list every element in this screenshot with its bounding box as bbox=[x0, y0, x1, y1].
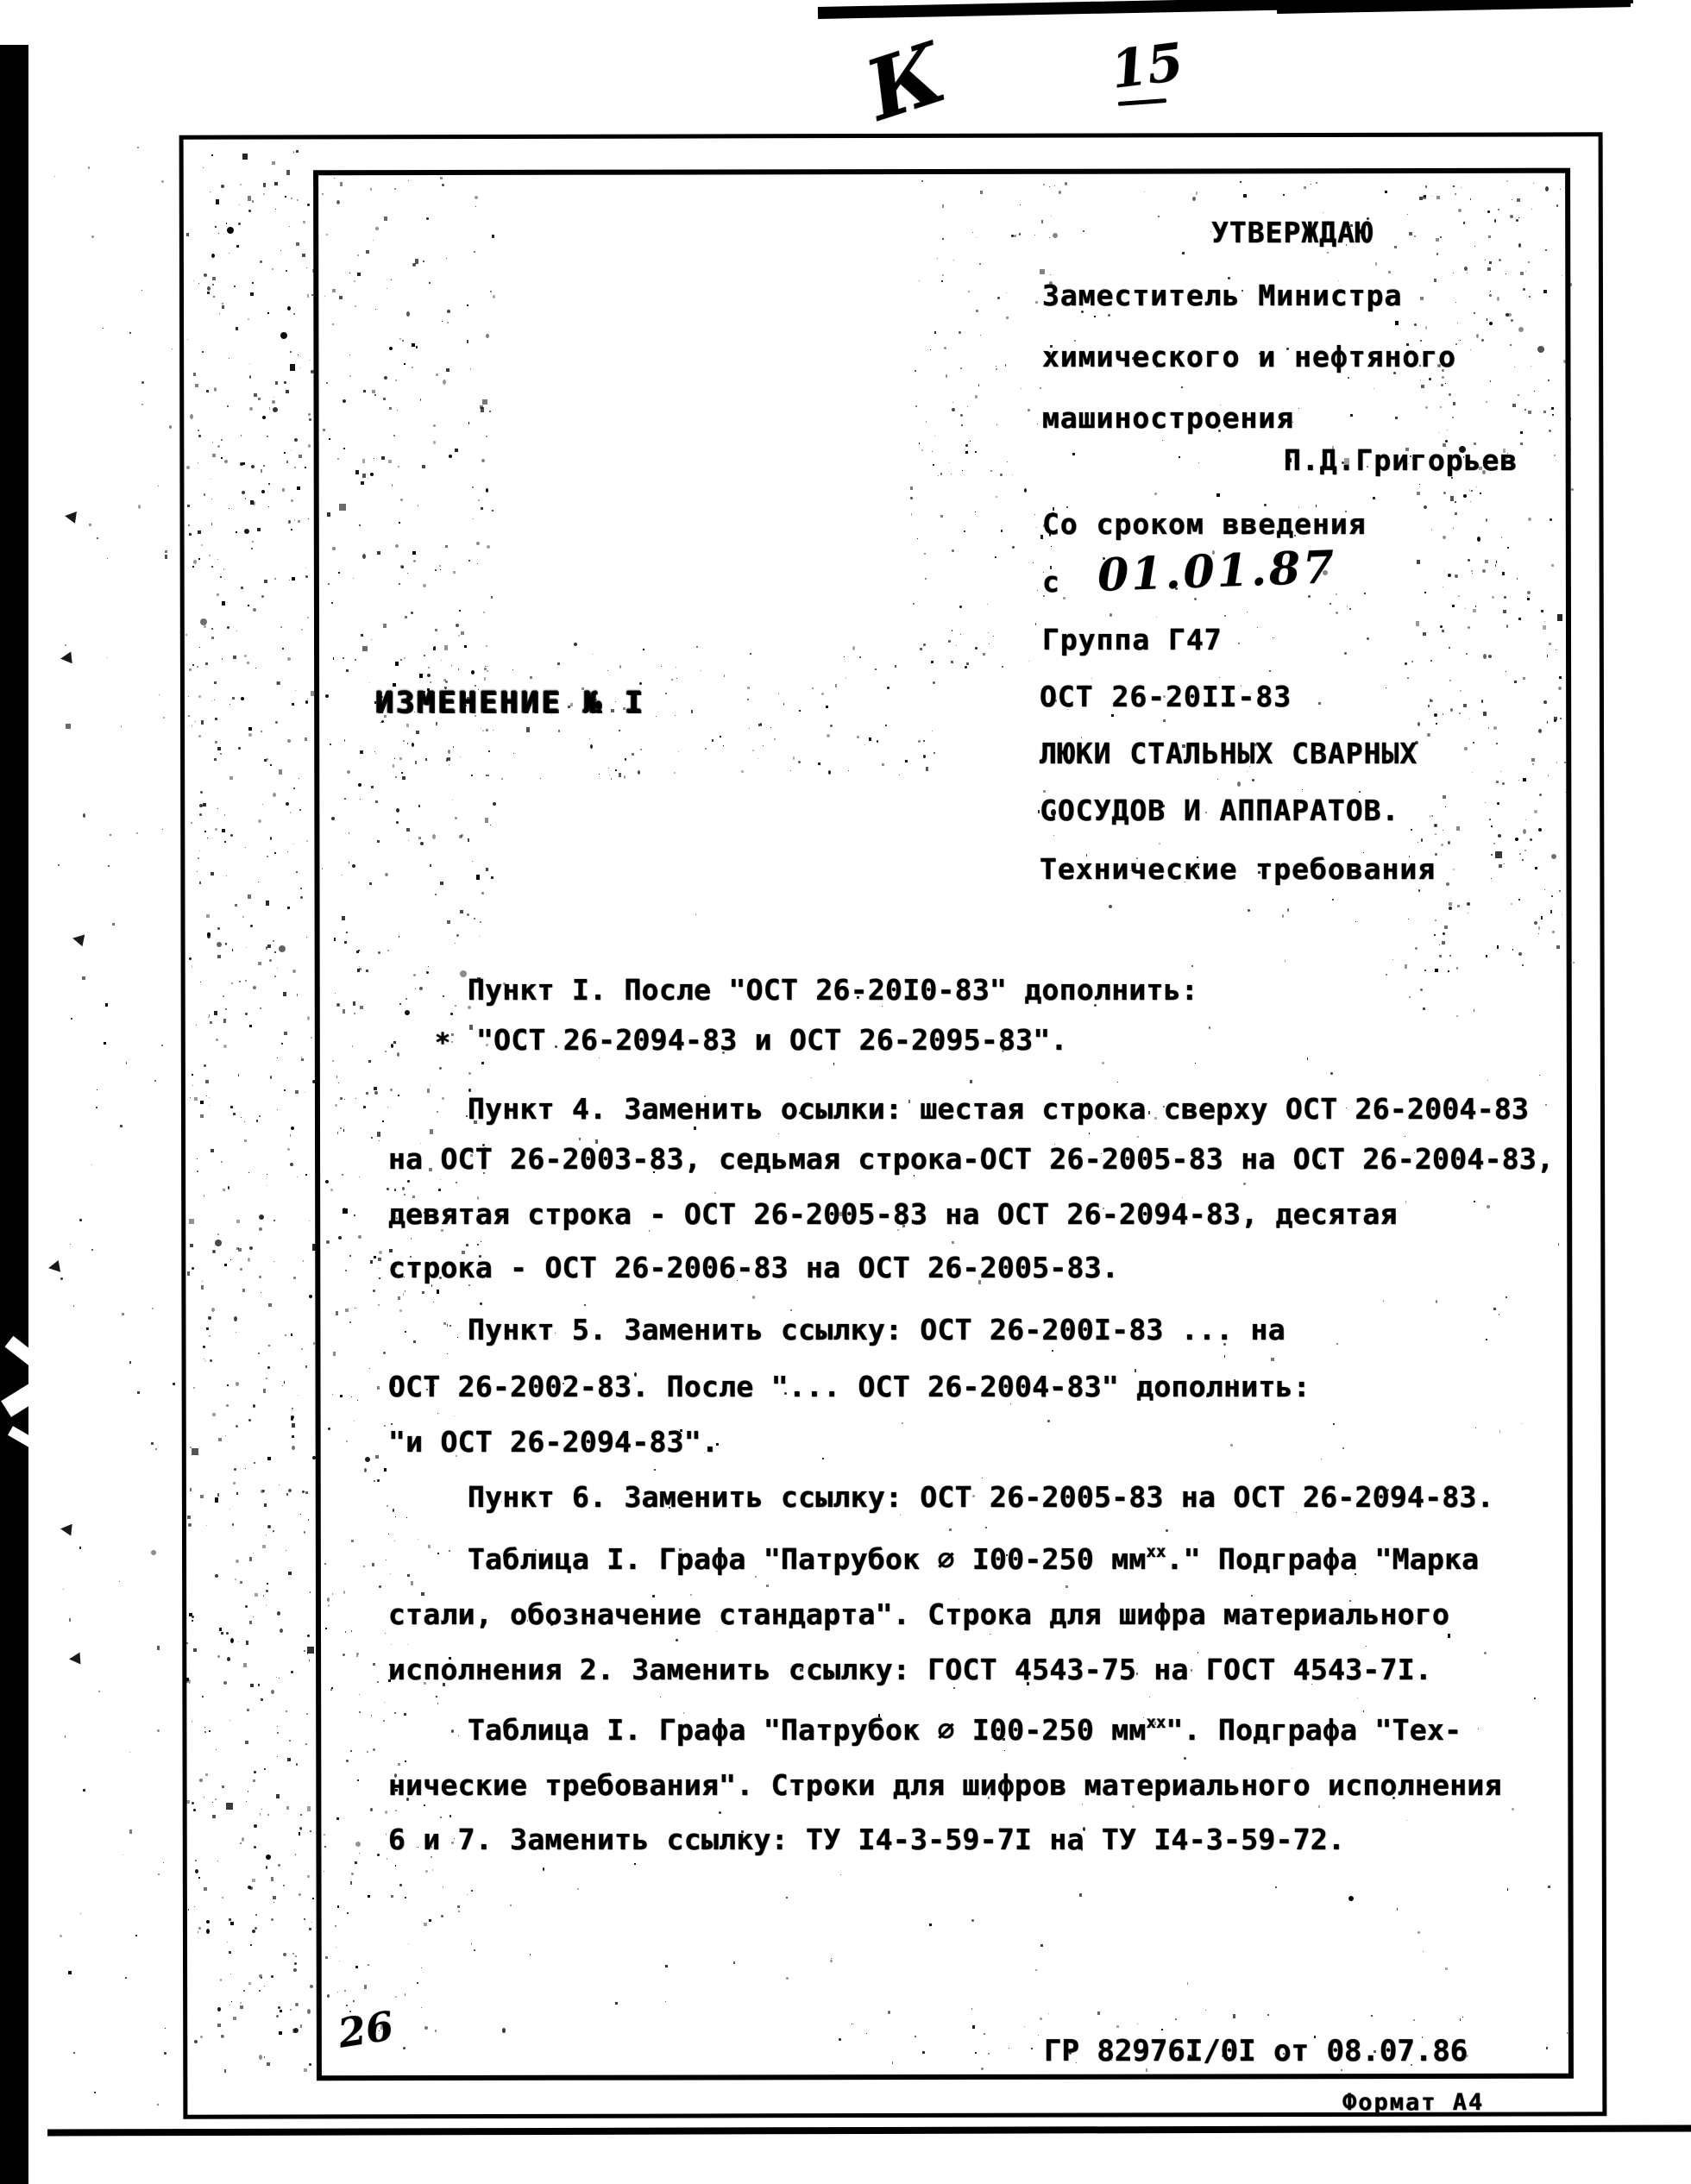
scan-edge-bar bbox=[0, 45, 28, 2184]
approve-label: УТВЕРЖДАЮ bbox=[1211, 216, 1374, 249]
noise-speck bbox=[83, 1789, 85, 1792]
table1a-pre: Таблица I. Графа "Патрубок ⌀ I00-250 мм bbox=[468, 1542, 1147, 1576]
noise-speck bbox=[65, 644, 66, 646]
body-line-table1-b: Таблица I. Графа "Патрубок ⌀ I00-250 ммх… bbox=[468, 1713, 1462, 1747]
noise-speck bbox=[163, 717, 165, 719]
noise-speck bbox=[98, 1691, 100, 1692]
noise-speck bbox=[151, 1442, 154, 1445]
noise-speck bbox=[73, 1305, 74, 1307]
noise-speck bbox=[73, 2052, 75, 2054]
noise-speck bbox=[137, 147, 139, 148]
noise-speck bbox=[94, 2092, 96, 2093]
margin-ink-mark bbox=[64, 510, 77, 524]
body-line-table1-b3: 6 и 7. Заменить ссылку: ТУ I4-3-59-7I на… bbox=[388, 1823, 1345, 1856]
body-line-table1-a3: исполнения 2. Заменить ссылку: ГОСТ 4543… bbox=[388, 1653, 1432, 1686]
noise-speck bbox=[163, 1862, 164, 1863]
approver-name: П.Д.Григорьев bbox=[1284, 443, 1518, 477]
body-line-p4-4: строка - ОСТ 26-2006-83 на ОСТ 26-2005-8… bbox=[388, 1251, 1119, 1284]
noise-speck bbox=[105, 1003, 108, 1007]
margin-ink-mark bbox=[60, 651, 72, 664]
approver-title-3: машиностроения bbox=[1042, 401, 1294, 435]
body-line-p1-2: "ОСТ 26-2094-83 и ОСТ 26-2095-83". bbox=[476, 1023, 1068, 1057]
body-line-p5-3: "и ОСТ 26-2094-83". bbox=[388, 1425, 719, 1459]
noise-speck bbox=[110, 834, 111, 836]
noise-speck bbox=[71, 1018, 72, 1020]
noise-speck bbox=[60, 1277, 63, 1280]
table1a-superscript: хх bbox=[1147, 1542, 1166, 1561]
noise-speck bbox=[119, 1581, 120, 1582]
noise-speck bbox=[151, 1550, 156, 1555]
noise-speck bbox=[123, 1855, 123, 1855]
noise-speck bbox=[89, 524, 91, 526]
noise-speck bbox=[65, 1735, 66, 1738]
noise-speck bbox=[112, 923, 115, 926]
body-line-table1-b2: нические требования". Строки для шифров … bbox=[388, 1768, 1502, 1802]
noise-speck bbox=[63, 1589, 64, 1590]
margin-ink-mark bbox=[69, 1653, 81, 1666]
doc-title-1: ЛЮКИ СТАЛЬНЫХ СВАРНЫХ bbox=[1040, 737, 1418, 770]
noise-speck bbox=[159, 694, 160, 695]
noise-speck bbox=[129, 1361, 131, 1364]
noise-speck bbox=[152, 1308, 154, 1309]
noise-speck bbox=[91, 1249, 93, 1251]
noise-speck bbox=[97, 1089, 97, 1090]
noise-speck bbox=[137, 1391, 140, 1394]
margin-ink-mark bbox=[60, 1522, 72, 1535]
noise-speck bbox=[158, 486, 159, 486]
noise-speck bbox=[157, 2104, 159, 2106]
table1b-post: ". Подграфа "Тех- bbox=[1166, 1713, 1462, 1747]
approver-title-1: Заместитель Министра bbox=[1042, 279, 1402, 312]
noise-speck bbox=[125, 1977, 127, 1979]
footnote-asterisk: * bbox=[435, 1028, 450, 1058]
noise-speck bbox=[54, 176, 55, 177]
noise-speck bbox=[138, 505, 141, 509]
body-line-p5-1: Пункт 5. Заменить ссылку: ОСТ 26-200I-83… bbox=[468, 1313, 1286, 1346]
margin-ink-mark bbox=[47, 1260, 60, 1274]
format-label: Формат А4 bbox=[1342, 2089, 1484, 2116]
doc-group: Группа Г47 bbox=[1042, 623, 1223, 656]
noise-speck bbox=[157, 1646, 160, 1650]
scan-edge-notch bbox=[1, 1383, 41, 1417]
body-line-p5-2: ОСТ 26-2002-83. После "... ОСТ 26-2004-8… bbox=[388, 1370, 1311, 1403]
handwritten-letter-k: К bbox=[855, 23, 957, 139]
effective-prefix: с bbox=[1042, 565, 1060, 599]
body-line-p1-1: Пункт I. После "ОСТ 26-20I0-83" дополнит… bbox=[468, 973, 1198, 1007]
noise-speck bbox=[169, 425, 172, 429]
noise-speck bbox=[173, 1383, 175, 1385]
noise-speck bbox=[120, 1125, 123, 1127]
scanned-document-page: { "handwriting": { "top_letter": "К", "t… bbox=[0, 0, 1691, 2184]
noise-speck bbox=[69, 1618, 71, 1622]
noise-speck bbox=[165, 550, 167, 553]
noise-speck bbox=[126, 1062, 127, 1064]
noise-speck bbox=[68, 1971, 72, 1974]
body-line-table1-a: Таблица I. Графа "Патрубок ⌀ I00-250 ммх… bbox=[468, 1542, 1479, 1576]
noise-speck bbox=[136, 832, 138, 834]
handwritten-number-15: 15 bbox=[1108, 32, 1186, 101]
noise-speck bbox=[104, 1042, 106, 1045]
noise-speck bbox=[141, 290, 142, 291]
body-line-p4-1: Пункт 4. Заменить осылки: шестая строка … bbox=[468, 1092, 1529, 1126]
doc-title-3: Технические требования bbox=[1040, 852, 1436, 886]
table1b-pre: Таблица I. Графа "Патрубок ⌀ I00-250 мм bbox=[468, 1713, 1147, 1747]
noise-speck bbox=[91, 1164, 92, 1165]
noise-speck bbox=[157, 1729, 160, 1732]
noise-speck bbox=[83, 813, 85, 818]
body-line-table1-a2: стали, обозначение стандарта". Строка дл… bbox=[388, 1597, 1449, 1631]
noise-speck bbox=[141, 404, 143, 405]
noise-speck bbox=[158, 1873, 160, 1875]
noise-speck bbox=[88, 166, 90, 169]
scan-edge-notch bbox=[5, 1336, 42, 1369]
approver-title-2: химического и нефтяного bbox=[1042, 340, 1456, 373]
noise-speck bbox=[154, 1080, 156, 1082]
noise-speck bbox=[129, 1829, 132, 1834]
effective-label: Со сроком введения bbox=[1042, 507, 1367, 541]
noise-speck bbox=[172, 348, 173, 349]
noise-speck bbox=[121, 725, 122, 728]
margin-ink-mark bbox=[72, 932, 85, 946]
noise-speck bbox=[103, 328, 104, 329]
noise-speck bbox=[107, 558, 108, 559]
noise-speck bbox=[96, 1107, 97, 1108]
doc-standard: ОСТ 26-20II-83 bbox=[1040, 680, 1292, 713]
change-title: ИЗМЕНЕНИЕ № I bbox=[375, 686, 645, 720]
handwritten-effective-date: 01.01.87 bbox=[1097, 541, 1337, 602]
noise-speck bbox=[108, 865, 110, 867]
table1b-superscript: хх bbox=[1147, 1713, 1166, 1732]
noise-speck bbox=[165, 555, 167, 559]
noise-speck bbox=[97, 537, 98, 539]
noise-speck bbox=[58, 864, 60, 866]
noise-speck bbox=[107, 657, 108, 658]
noise-speck bbox=[161, 180, 164, 183]
body-line-p6: Пункт 6. Заменить ссылку: ОСТ 26-2005-83… bbox=[468, 1480, 1494, 1514]
handwritten-number-26: 26 bbox=[335, 2002, 397, 2056]
noise-speck bbox=[165, 2028, 166, 2029]
registration-number: ГР 82976I/0I от 08.07.86 bbox=[1044, 2034, 1468, 2068]
noise-speck bbox=[129, 332, 131, 334]
noise-speck bbox=[79, 1547, 81, 1549]
doc-title-2: СОСУДОВ И АППАРАТОВ. bbox=[1040, 794, 1399, 827]
noise-speck bbox=[82, 976, 85, 980]
noise-speck bbox=[79, 1219, 82, 1221]
scan-edge-notch bbox=[8, 1426, 35, 1447]
body-line-p4-2: на ОСТ 26-2003-83, седьмая строка-ОСТ 26… bbox=[388, 1142, 1554, 1176]
table1a-post: ." Подграфа "Марка bbox=[1166, 1542, 1479, 1576]
scan-top-bar-thick bbox=[1277, 0, 1631, 14]
noise-speck bbox=[161, 1045, 163, 1046]
noise-speck bbox=[91, 235, 94, 238]
noise-speck bbox=[155, 1448, 157, 1450]
noise-speck bbox=[162, 829, 163, 830]
noise-speck bbox=[70, 1244, 71, 1245]
noise-speck bbox=[66, 724, 71, 729]
noise-speck bbox=[135, 1935, 137, 1936]
noise-speck bbox=[80, 1913, 81, 1914]
noise-speck bbox=[164, 2052, 167, 2055]
noise-speck bbox=[122, 1313, 124, 1315]
noise-speck bbox=[129, 1752, 130, 1753]
noise-speck bbox=[60, 1935, 62, 1937]
noise-speck bbox=[141, 381, 144, 384]
body-line-p4-3: девятая строка - ОСТ 26-2005-83 на ОСТ 2… bbox=[388, 1197, 1398, 1231]
bottom-rule bbox=[47, 2125, 1691, 2137]
